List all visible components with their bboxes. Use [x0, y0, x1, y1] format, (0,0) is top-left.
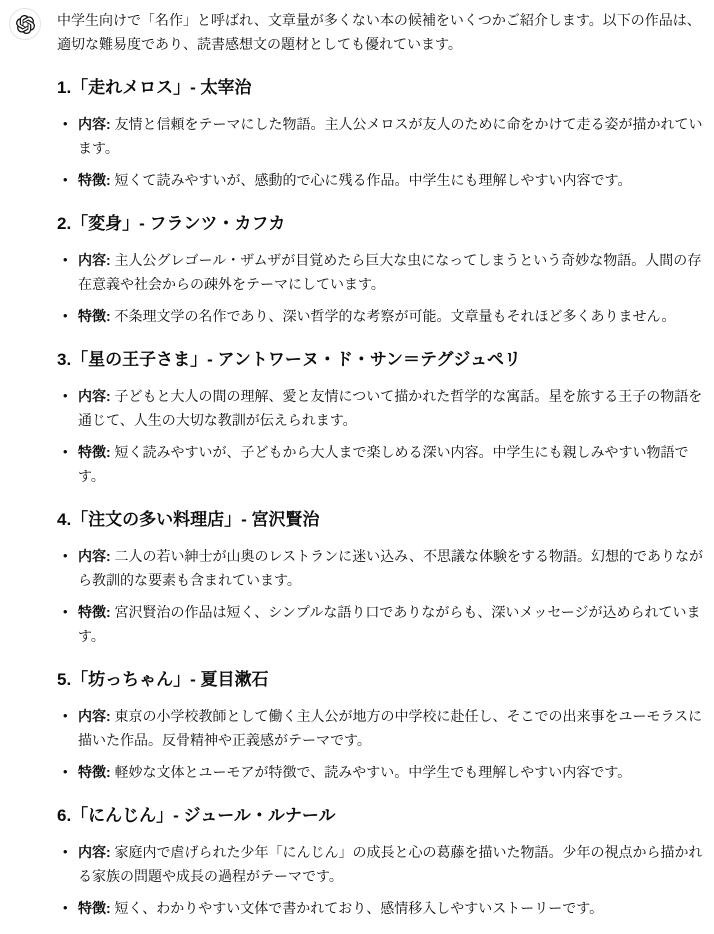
bullet-label: 内容: — [78, 388, 111, 404]
bullet-label: 特徴: — [78, 308, 111, 324]
bullet-label: 内容: — [78, 844, 111, 860]
bullet-text: 二人の若い紳士が山奥のレストランに迷い込み、不思議な体験をする物語。幻想的であり… — [78, 548, 703, 588]
bullet-text: 家庭内で虐げられた少年「にんじん」の成長と心の葛藤を描いた物語。少年の視点から描… — [78, 844, 703, 884]
book-details-list-2: 内容: 主人公グレゴール・ザムザが目覚めたら巨大な虫になってしまうという奇妙な物… — [57, 248, 705, 328]
book-heading-5: 5.「坊っちゃん」- 夏目漱石 — [57, 668, 705, 692]
bullet-label: 特徴: — [78, 604, 111, 620]
list-item-feature: 特徴: 宮沢賢治の作品は短く、シンプルな語り口でありながらも、深いメッセージが込… — [57, 600, 705, 648]
list-item-feature: 特徴: 短く読みやすいが、子どもから大人まで楽しめる深い内容。中学生にも親しみや… — [57, 440, 705, 488]
list-item-content: 内容: 二人の若い紳士が山奥のレストランに迷い込み、不思議な体験をする物語。幻想… — [57, 544, 705, 592]
bullet-text: 宮沢賢治の作品は短く、シンプルな語り口でありながらも、深いメッセージが込められて… — [78, 604, 701, 644]
list-item-content: 内容: 子どもと大人の間の理解、愛と友情について描かれた哲学的な寓話。星を旅する… — [57, 384, 705, 432]
book-details-list-5: 内容: 東京の小学校教師として働く主人公が地方の中学校に赴任し、そこでの出来事を… — [57, 704, 705, 784]
bullet-text: 東京の小学校教師として働く主人公が地方の中学校に赴任し、そこでの出来事をユーモラ… — [78, 708, 702, 748]
book-details-list-4: 内容: 二人の若い紳士が山奥のレストランに迷い込み、不思議な体験をする物語。幻想… — [57, 544, 705, 648]
list-item-content: 内容: 東京の小学校教師として働く主人公が地方の中学校に赴任し、そこでの出来事を… — [57, 704, 705, 752]
intro-paragraph: 中学生向けで「名作」と呼ばれ、文章量が多くない本の候補をいくつかご紹介します。以… — [57, 8, 705, 56]
message-content: 中学生向けで「名作」と呼ばれ、文章量が多くない本の候補をいくつかご紹介します。以… — [57, 8, 705, 920]
book-heading-2: 2.「変身」- フランツ・カフカ — [57, 212, 705, 236]
bullet-text: 友情と信頼をテーマにした物語。主人公メロスが友人のために命をかけて走る姿が描かれ… — [78, 116, 703, 156]
bullet-label: 内容: — [78, 708, 111, 724]
bullet-label: 特徴: — [78, 764, 111, 780]
assistant-message: 中学生向けで「名作」と呼ばれ、文章量が多くない本の候補をいくつかご紹介します。以… — [0, 0, 714, 934]
bullet-text: 主人公グレゴール・ザムザが目覚めたら巨大な虫になってしまうという奇妙な物語。人間… — [78, 252, 701, 292]
book-heading-1: 1.「走れメロス」- 太宰治 — [57, 76, 705, 100]
book-details-list-1: 内容: 友情と信頼をテーマにした物語。主人公メロスが友人のために命をかけて走る姿… — [57, 112, 705, 192]
list-item-content: 内容: 友情と信頼をテーマにした物語。主人公メロスが友人のために命をかけて走る姿… — [57, 112, 705, 160]
list-item-feature: 特徴: 短くて読みやすいが、感動的で心に残る作品。中学生にも理解しやすい内容です… — [57, 168, 705, 192]
book-heading-4: 4.「注文の多い料理店」- 宮沢賢治 — [57, 508, 705, 532]
bullet-text: 子どもと大人の間の理解、愛と友情について描かれた哲学的な寓話。星を旅する王子の物… — [78, 388, 702, 428]
bullet-label: 特徴: — [78, 444, 111, 460]
bullet-text: 不条理文学の名作であり、深い哲学的な考察が可能。文章量もそれほど多くありません。 — [111, 308, 676, 324]
bullet-label: 内容: — [78, 116, 111, 132]
book-details-list-3: 内容: 子どもと大人の間の理解、愛と友情について描かれた哲学的な寓話。星を旅する… — [57, 384, 705, 488]
list-item-content: 内容: 家庭内で虐げられた少年「にんじん」の成長と心の葛藤を描いた物語。少年の視… — [57, 840, 705, 888]
book-heading-3: 3.「星の王子さま」- アントワーヌ・ド・サン＝テグジュペリ — [57, 348, 705, 372]
list-item-content: 内容: 主人公グレゴール・ザムザが目覚めたら巨大な虫になってしまうという奇妙な物… — [57, 248, 705, 296]
bullet-text: 短く読みやすいが、子どもから大人まで楽しめる深い内容。中学生にも親しみやすい物語… — [78, 444, 689, 484]
bullet-label: 特徴: — [78, 172, 111, 188]
list-item-feature: 特徴: 短く、わかりやすい文体で書かれており、感情移入しやすいストーリーです。 — [57, 896, 705, 920]
book-heading-6: 6.「にんじん」- ジュール・ルナール — [57, 804, 705, 828]
bullet-label: 内容: — [78, 252, 111, 268]
list-item-feature: 特徴: 不条理文学の名作であり、深い哲学的な考察が可能。文章量もそれほど多くあり… — [57, 304, 705, 328]
bullet-label: 内容: — [78, 548, 111, 564]
bullet-text: 短く、わかりやすい文体で書かれており、感情移入しやすいストーリーです。 — [111, 900, 604, 916]
bullet-label: 特徴: — [78, 900, 111, 916]
list-item-feature: 特徴: 軽妙な文体とユーモアが特徴で、読みやすい。中学生でも理解しやすい内容です… — [57, 760, 705, 784]
book-details-list-6: 内容: 家庭内で虐げられた少年「にんじん」の成長と心の葛藤を描いた物語。少年の視… — [57, 840, 705, 920]
openai-logo-icon — [16, 15, 35, 34]
bullet-text: 短くて読みやすいが、感動的で心に残る作品。中学生にも理解しやすい内容です。 — [111, 172, 632, 188]
bullet-text: 軽妙な文体とユーモアが特徴で、読みやすい。中学生でも理解しやすい内容です。 — [111, 764, 632, 780]
assistant-avatar — [9, 8, 41, 40]
